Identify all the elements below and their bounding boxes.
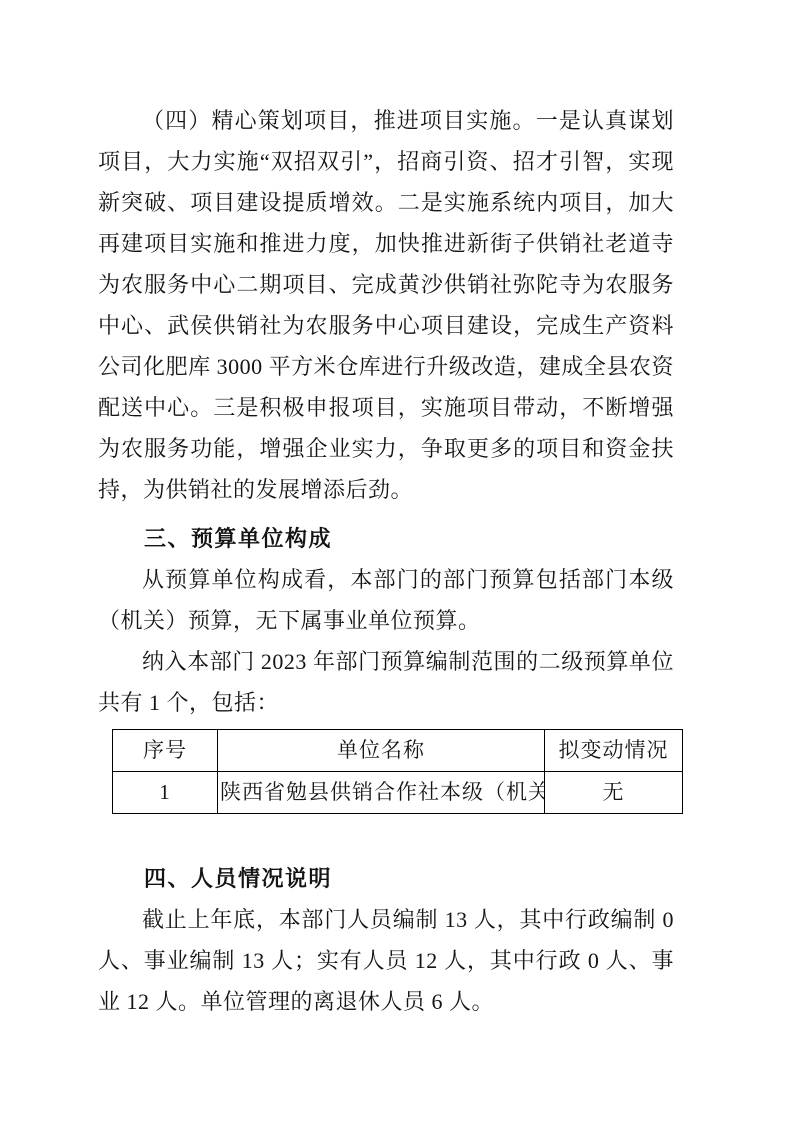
column-header-index: 序号 bbox=[113, 730, 218, 772]
budget-units-table: 序号 单位名称 拟变动情况 1 陕西省勉县供销合作社本级（机关） 无 bbox=[112, 729, 683, 814]
column-header-unit-name: 单位名称 bbox=[218, 730, 545, 772]
document-page: （四）精心策划项目，推进项目实施。一是认真谋划项目，大力实施“双招双引”，招商引… bbox=[0, 0, 793, 1122]
document-body: （四）精心策划项目，推进项目实施。一是认真谋划项目，大力实施“双招双引”，招商引… bbox=[98, 100, 674, 1022]
heading-budget-unit-composition: 三、预算单位构成 bbox=[98, 518, 674, 559]
cell-unit-name: 陕西省勉县供销合作社本级（机关） bbox=[218, 772, 545, 814]
heading-personnel-situation: 四、人员情况说明 bbox=[98, 858, 674, 899]
paragraph-budget-composition: 从预算单位构成看，本部门的部门预算包括部门本级（机关）预算，无下属事业单位预算。 bbox=[98, 559, 674, 641]
cell-planned-change: 无 bbox=[545, 772, 683, 814]
paragraph-included-units: 纳入本部门 2023 年部门预算编制范围的二级预算单位共有 1 个，包括： bbox=[98, 641, 674, 723]
table-row: 1 陕西省勉县供销合作社本级（机关） 无 bbox=[113, 772, 683, 814]
table-header-row: 序号 单位名称 拟变动情况 bbox=[113, 730, 683, 772]
cell-index: 1 bbox=[113, 772, 218, 814]
column-header-planned-change: 拟变动情况 bbox=[545, 730, 683, 772]
paragraph-staffing: 截止上年底，本部门人员编制 13 人，其中行政编制 0 人、事业编制 13 人；… bbox=[98, 899, 674, 1022]
paragraph-project-planning: （四）精心策划项目，推进项目实施。一是认真谋划项目，大力实施“双招双引”，招商引… bbox=[98, 100, 674, 510]
